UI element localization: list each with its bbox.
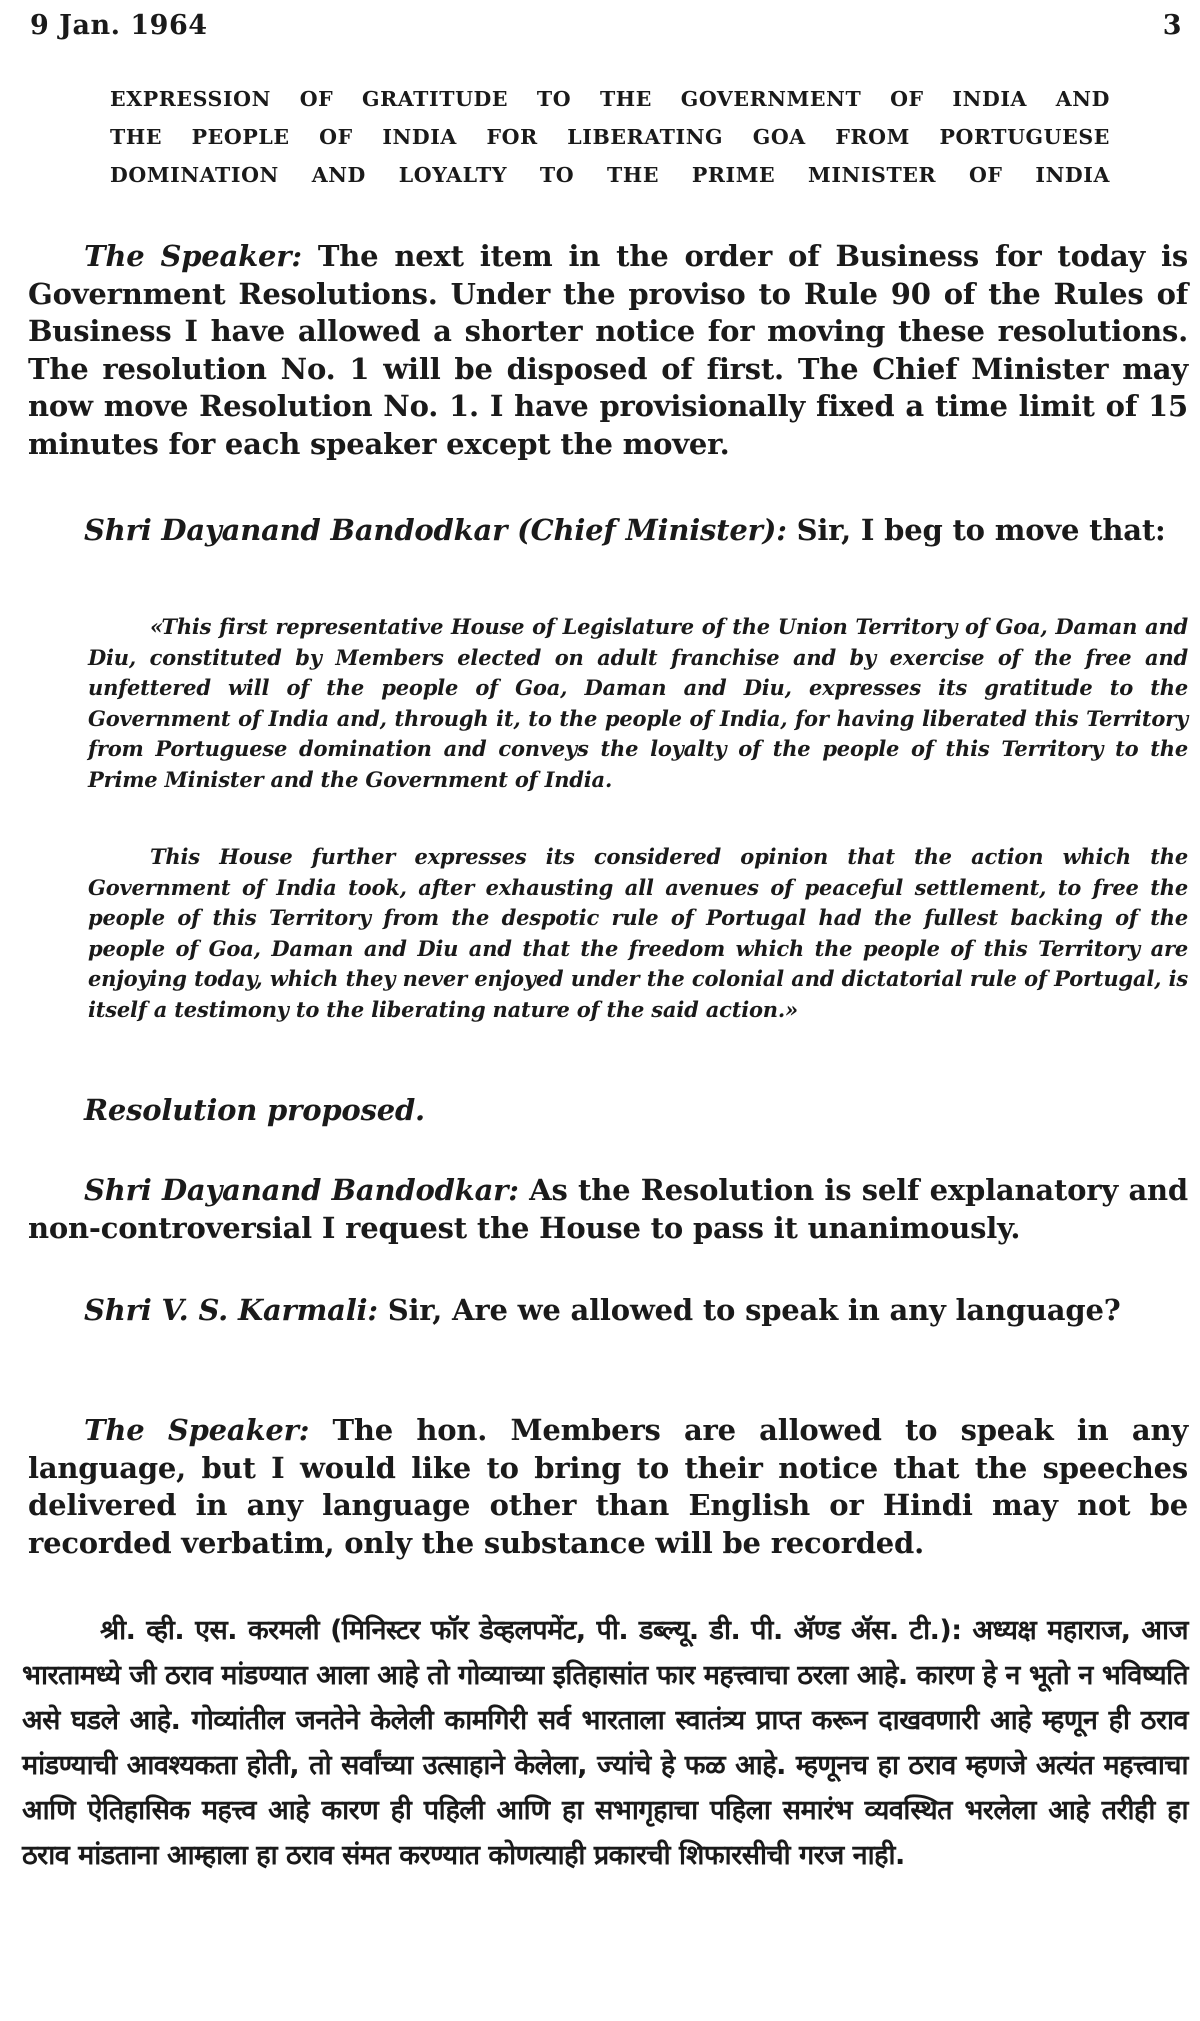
- resolution-text: This House further expresses its conside…: [88, 844, 1188, 1022]
- speaker-name: The Speaker:: [84, 239, 302, 273]
- page-number: 3: [1163, 10, 1182, 41]
- resolution-proposed: Resolution proposed.: [28, 1092, 1188, 1130]
- speaker-name: श्री. व्ही. एस. करमली (मिनिस्टर फॉर डेव्…: [100, 1615, 962, 1646]
- speech-text: अध्यक्ष महाराज, आज भारतामध्ये जी ठराव मा…: [22, 1615, 1188, 1871]
- speaker-name: Shri Dayanand Bandodkar (Chief Minister)…: [84, 513, 787, 547]
- speech-chief-minister-move: Shri Dayanand Bandodkar (Chief Minister)…: [28, 512, 1188, 550]
- heading-line: EXPRESSION OF GRATITUDE TO THE GOVERNMEN…: [110, 80, 1110, 118]
- speech-speaker-language-ruling: The Speaker: The hon. Members are allowe…: [28, 1412, 1188, 1562]
- speech-karmali-question: Shri V. S. Karmali: Sir, Are we allowed …: [28, 1292, 1188, 1330]
- document-page: 9 Jan. 1964 3 EXPRESSION OF GRATITUDE TO…: [0, 0, 1200, 2021]
- resolution-text: «This first representative House of Legi…: [88, 614, 1188, 792]
- procedural-note: Resolution proposed.: [84, 1093, 425, 1127]
- heading-line: THE PEOPLE OF INDIA FOR LIBERATING GOA F…: [110, 118, 1110, 156]
- speech-text: Sir, Are we allowed to speak in any lang…: [378, 1293, 1121, 1327]
- speaker-name: Shri Dayanand Bandodkar:: [84, 1173, 519, 1207]
- speech-chief-minister-request: Shri Dayanand Bandodkar: As the Resoluti…: [28, 1172, 1188, 1247]
- speech-speaker-intro: The Speaker: The next item in the order …: [28, 238, 1188, 463]
- speech-text: Sir, I beg to move that:: [787, 513, 1166, 547]
- page-date: 9 Jan. 1964: [30, 10, 208, 41]
- heading-line: DOMINATION AND LOYALTY TO THE PRIME MINI…: [110, 156, 1110, 194]
- resolution-quote-paragraph-2: This House further expresses its conside…: [88, 842, 1188, 1025]
- resolution-quote-paragraph-1: «This first representative House of Legi…: [88, 612, 1188, 795]
- section-heading: EXPRESSION OF GRATITUDE TO THE GOVERNMEN…: [110, 80, 1110, 194]
- speech-karmali-marathi: श्री. व्ही. एस. करमली (मिनिस्टर फॉर डेव्…: [22, 1608, 1188, 1878]
- speaker-name: The Speaker:: [84, 1413, 309, 1447]
- speaker-name: Shri V. S. Karmali:: [84, 1293, 378, 1327]
- running-head: 9 Jan. 1964 3: [30, 10, 1182, 41]
